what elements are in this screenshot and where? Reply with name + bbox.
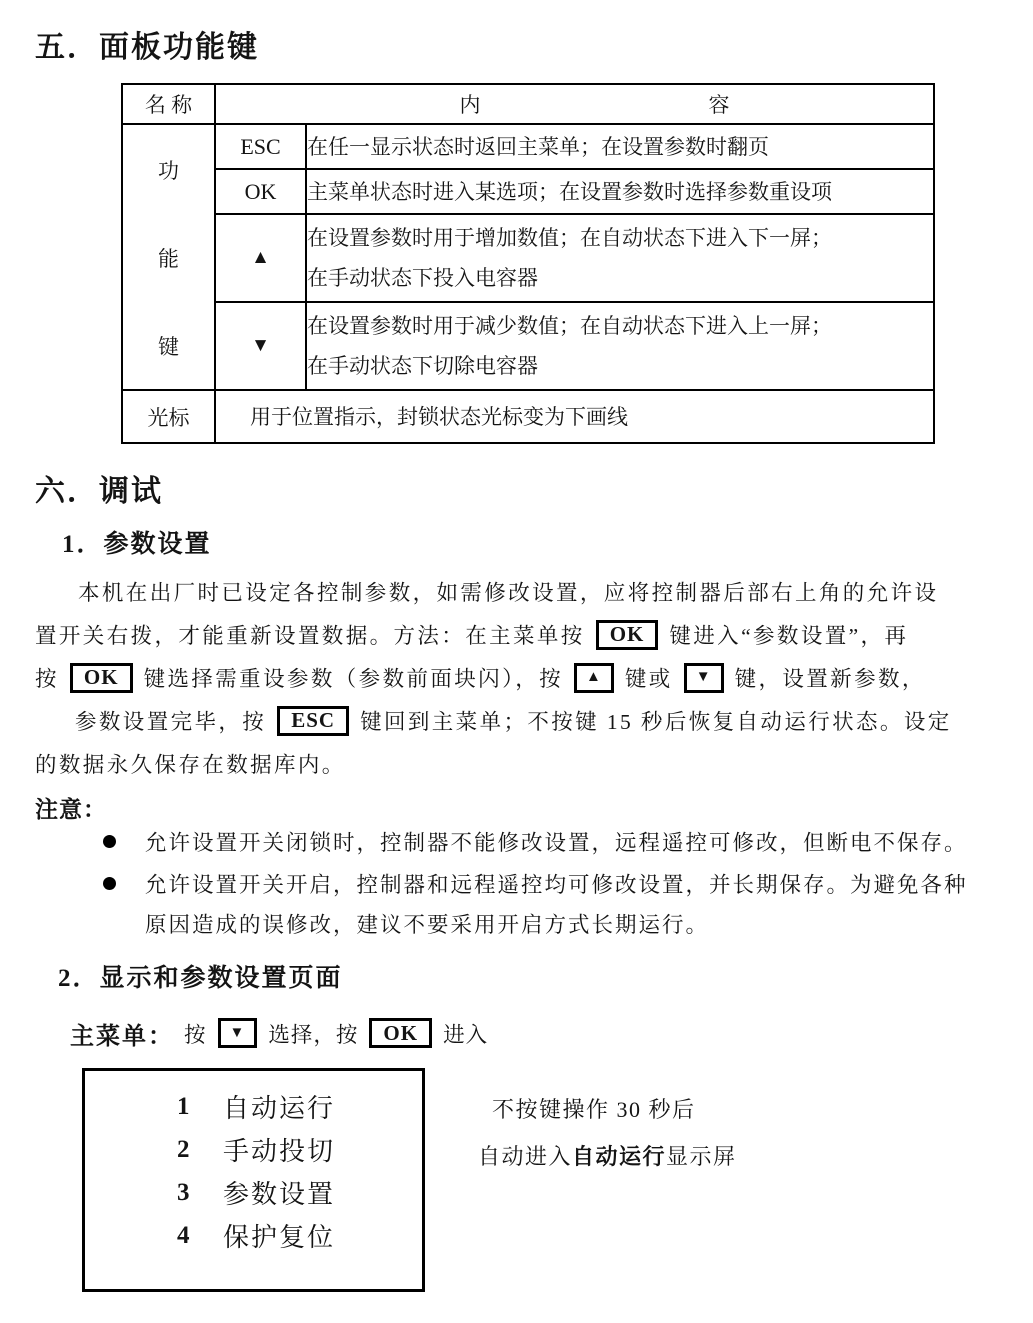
- para-line-4: 参数设置完毕，按 ESC 键回到主菜单；不按键 15 秒后恢复自动运行状态。设定: [35, 699, 1015, 742]
- table-row-cursor: 光标 用于位置指示，封锁状态光标变为下画线: [122, 390, 934, 443]
- main-menu-label: 主菜单：: [70, 1016, 174, 1051]
- inline-esc-key: ESC: [277, 706, 349, 736]
- group-label-neng: 能: [158, 243, 179, 273]
- menu-item-3-number: 3: [177, 1179, 223, 1207]
- para-line-2: 置开关右拨，才能重新设置数据。方法：在主菜单按 OK 键进入“参数设置”，再: [35, 613, 1015, 656]
- table-header-name: 名 称: [122, 84, 215, 124]
- main-menu-screen: 1 自动运行 2 手动投切 3 参数设置 4 保护复位: [82, 1068, 425, 1292]
- down-key-desc-line1: 在设置参数时用于减少数值；在自动状态下进入上一屏；: [307, 306, 933, 346]
- para-line3-post: 键，设置新参数，: [735, 662, 926, 693]
- menu-item-manual-switch: 2 手动投切: [85, 1128, 422, 1171]
- group-label-cell: 功 能 键: [122, 124, 215, 390]
- note-bullet-1-text: 允许设置开关闭锁时，控制器不能修改设置，远程遥控可修改，但断电不保存。: [145, 826, 968, 857]
- manual-page: 五．面板功能键 名 称 内 容 功 能 键 ESC 在任一显示状态时返回主菜单；…: [0, 0, 1033, 1323]
- menu-line-press1: 按: [184, 1018, 207, 1049]
- down-key-desc: 在设置参数时用于减少数值；在自动状态下进入上一屏； 在手动状态下切除电容器: [306, 302, 934, 390]
- side-note-line2-post: 显示屏: [666, 1144, 737, 1169]
- para-line4-pre: 参数设置完毕，按: [75, 705, 266, 736]
- menu-item-3-label: 参数设置: [223, 1174, 335, 1211]
- table-header-row: 名 称 内 容: [122, 84, 934, 124]
- side-note-line1: 不按键操作 30 秒后: [478, 1086, 737, 1133]
- ok-key-label: OK: [215, 169, 306, 214]
- para-line4-post: 键回到主菜单；不按键 15 秒后恢复自动运行状态。设定: [360, 705, 952, 736]
- note-bullets: 允许设置开关闭锁时，控制器不能修改设置，远程遥控可修改，但断电不保存。 允许设置…: [103, 820, 968, 946]
- menu-item-1-number: 1: [177, 1093, 223, 1121]
- up-arrow-icon: ▲: [215, 214, 306, 302]
- para-line-3: 按 OK 键选择需重设参数（参数前面块闪），按 ▲ 键或 ▼ 键，设置新参数，: [35, 656, 1015, 699]
- table-row-down: ▼ 在设置参数时用于减少数值；在自动状态下进入上一屏； 在手动状态下切除电容器: [122, 302, 934, 390]
- up-key-desc-line2: 在手动状态下投入电容器: [307, 258, 933, 298]
- ok-key-desc: 主菜单状态时进入某选项；在设置参数时选择参数重设项: [306, 169, 934, 214]
- timeout-side-note: 不按键操作 30 秒后 自动进入自动运行显示屏: [478, 1086, 737, 1180]
- menu-item-2-number: 2: [177, 1136, 223, 1164]
- para-line-1: 本机在出厂时已设定各控制参数，如需修改设置，应将控制器后部右上角的允许设: [35, 570, 1015, 613]
- table-header-content: 内 容: [215, 84, 934, 124]
- table-row-up: ▲ 在设置参数时用于增加数值；在自动状态下进入下一屏； 在手动状态下投入电容器: [122, 214, 934, 302]
- inline-ok-key-3: OK: [369, 1018, 432, 1048]
- para-line3-pre: 按: [35, 662, 59, 693]
- para-line3-mid2: 键或: [625, 662, 673, 693]
- function-key-table: 名 称 内 容 功 能 键 ESC 在任一显示状态时返回主菜单；在设置参数时翻页…: [121, 83, 935, 444]
- note-bullet-2-line2: 原因造成的误修改，建议不要采用开启方式长期运行。: [103, 904, 968, 946]
- inline-ok-key: OK: [596, 620, 659, 650]
- parameter-setting-paragraph: 本机在出厂时已设定各控制参数，如需修改设置，应将控制器后部右上角的允许设 置开关…: [35, 570, 1015, 785]
- subsection-2-title: 2．显示和参数设置页面: [58, 958, 343, 994]
- side-note-line2: 自动进入自动运行显示屏: [478, 1133, 737, 1180]
- bullet-icon: [103, 877, 116, 890]
- inline-down-arrow-icon: ▼: [684, 663, 724, 693]
- group-label-jian: 键: [158, 331, 179, 361]
- inline-up-arrow-icon: ▲: [574, 663, 614, 693]
- menu-line-mid: 选择，按: [268, 1018, 358, 1049]
- cursor-label: 光标: [122, 390, 215, 443]
- menu-item-1-label: 自动运行: [223, 1088, 335, 1125]
- up-key-desc-line1: 在设置参数时用于增加数值；在自动状态下进入下一屏；: [307, 218, 933, 258]
- table-row-ok: OK 主菜单状态时进入某选项；在设置参数时选择参数重设项: [122, 169, 934, 214]
- note-bullet-1: 允许设置开关闭锁时，控制器不能修改设置，远程遥控可修改，但断电不保存。: [103, 820, 968, 862]
- menu-item-4-label: 保护复位: [223, 1217, 335, 1254]
- section-5-title: 五．面板功能键: [35, 22, 259, 66]
- header-content-left: 内: [460, 89, 481, 119]
- para-line2-pre: 置开关右拨，才能重新设置数据。方法：在主菜单按: [35, 619, 585, 650]
- header-content-right: 容: [709, 89, 730, 119]
- menu-item-protect-reset: 4 保护复位: [85, 1214, 422, 1257]
- down-arrow-icon: ▼: [215, 302, 306, 390]
- para-line2-post: 键进入“参数设置”，再: [669, 619, 908, 650]
- bullet-icon: [103, 835, 116, 848]
- note-title: 注意：: [35, 791, 107, 824]
- esc-key-label: ESC: [215, 124, 306, 169]
- menu-line-post: 进入: [443, 1018, 488, 1049]
- side-note-line2-bold: 自动运行: [572, 1144, 666, 1169]
- up-key-desc: 在设置参数时用于增加数值；在自动状态下进入下一屏； 在手动状态下投入电容器: [306, 214, 934, 302]
- inline-ok-key-2: OK: [70, 663, 133, 693]
- para-line3-mid1: 键选择需重设参数（参数前面块闪），按: [144, 662, 563, 693]
- subsection-1-title: 1．参数设置: [62, 524, 212, 560]
- main-menu-instruction: 主菜单： 按 ▼ 选择，按 OK 进入: [70, 1010, 488, 1056]
- note-bullet-2-line1: 允许设置开关开启，控制器和远程遥控均可修改设置，并长期保存。为避免各种: [145, 868, 968, 899]
- menu-item-auto-run: 1 自动运行: [85, 1085, 422, 1128]
- menu-item-2-label: 手动投切: [223, 1131, 335, 1168]
- menu-item-param-setting: 3 参数设置: [85, 1171, 422, 1214]
- section-6-title: 六．调试: [35, 466, 163, 510]
- esc-key-desc: 在任一显示状态时返回主菜单；在设置参数时翻页: [306, 124, 934, 169]
- side-note-line2-pre: 自动进入: [478, 1144, 572, 1169]
- note-bullet-2: 允许设置开关开启，控制器和远程遥控均可修改设置，并长期保存。为避免各种: [103, 862, 968, 904]
- group-label-gong: 功: [158, 155, 179, 185]
- cursor-desc: 用于位置指示，封锁状态光标变为下画线: [215, 390, 934, 443]
- menu-item-4-number: 4: [177, 1222, 223, 1250]
- para-line-5: 的数据永久保存在数据库内。: [35, 742, 1015, 785]
- inline-down-arrow-icon-2: ▼: [218, 1018, 258, 1048]
- down-key-desc-line2: 在手动状态下切除电容器: [307, 346, 933, 386]
- table-row-esc: 功 能 键 ESC 在任一显示状态时返回主菜单；在设置参数时翻页: [122, 124, 934, 169]
